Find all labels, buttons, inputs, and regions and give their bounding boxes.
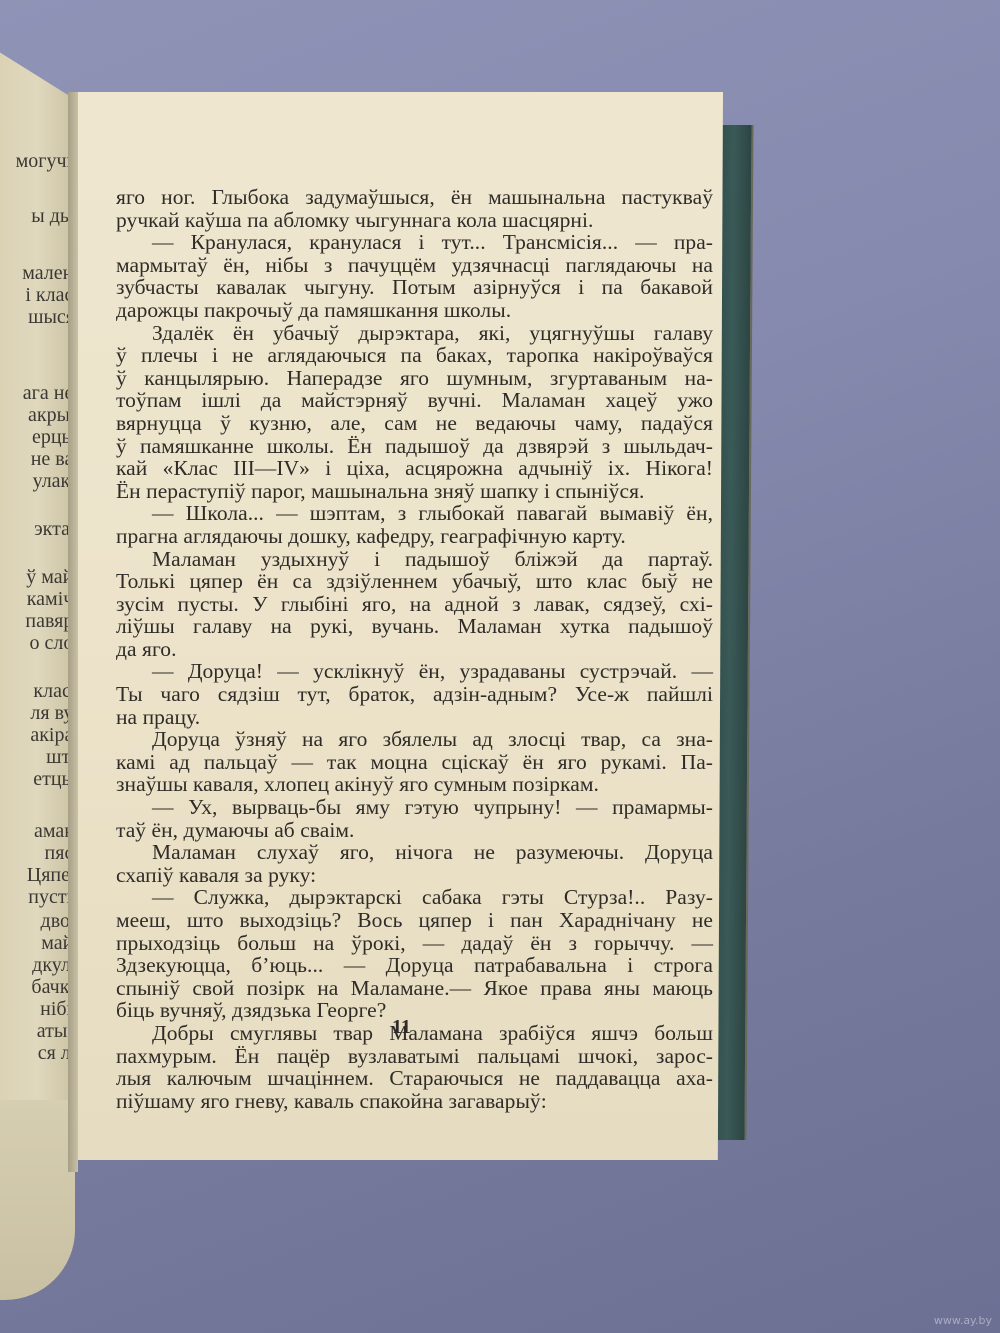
watermark: www.ay.by (934, 1314, 992, 1327)
text-line: на працу. (116, 706, 713, 729)
text-line: ручкай каўша па абломку чыгуннага кола ш… (116, 209, 713, 232)
text-line: Здзекуюцца, б’юць... — Доруца патрабавал… (116, 954, 713, 977)
text-line: знаўшы каваля, хлопец акінуў яго сумным … (116, 773, 713, 796)
text-line: мееш, што выходзіць? Вось цяпер і пан Ха… (116, 909, 713, 932)
text-line: лыя калючым шчаціннем. Стараючыся не пад… (116, 1067, 713, 1090)
text-line: Маламан уздыхнуў і падышоў бліжэй да пар… (116, 548, 713, 571)
text-line: прагна аглядаючы дошку, кафедру, геаграф… (116, 525, 713, 548)
text-line: Толькі цяпер ён са здзіўленнем убачыў, ш… (116, 570, 713, 593)
text-line: — Школа... — шэптам, з глыбокай павагай … (116, 502, 713, 525)
text-line: Ён пераступіў парог, машынальна зняў шап… (116, 480, 713, 503)
text-line: Маламан слухаў яго, нічога не разумеючы.… (116, 841, 713, 864)
text-line: Ты чаго сядзіш тут, браток, адзін-адным?… (116, 683, 713, 706)
text-line: — Ух, вырваць-бы яму гэтую чупрыну! — пр… (116, 796, 713, 819)
text-line: пахмурым. Ён пацёр вузлаватымі пальцамі … (116, 1045, 713, 1068)
text-line: ліўшы галаву на рукі, вучань. Маламан ху… (116, 615, 713, 638)
text-line: — Доруца! — усклікнуў ён, узрадаваны сус… (116, 660, 713, 683)
text-line: мармытаў ён, нібы з пачуццём удзячнасці … (116, 254, 713, 277)
page-body-text: яго ног. Глыбока задумаўшыся, ён машынал… (116, 186, 713, 1112)
text-line: зусім пусты. У глыбіні яго, на адной з л… (116, 593, 713, 616)
text-line: да яго. (116, 638, 713, 661)
text-line: камі ад пальцаў — так моцна сціскаў ён я… (116, 751, 713, 774)
text-line: — Служка, дырэктарскі сабака гэты Стурза… (116, 886, 713, 909)
text-line: Здалёк ён убачыў дырэктара, які, уцягнуў… (116, 322, 713, 345)
text-line: тоўпам ішлі да майстэрняў вучні. Маламан… (116, 389, 713, 412)
text-line: яго ног. Глыбока задумаўшыся, ён машынал… (116, 186, 713, 209)
text-line: дарожцы пакрочыў да памяшкання школы. (116, 299, 713, 322)
text-line: спыніў свой позірк на Маламане.— Якое пр… (116, 977, 713, 1000)
book-gutter (68, 92, 78, 1172)
text-line: піўшаму яго гневу, каваль спакойна загав… (116, 1090, 713, 1113)
text-line: Доруца ўзняў на яго збялелы ад злосці тв… (116, 728, 713, 751)
text-line: схапіў каваля за руку: (116, 864, 713, 887)
text-line: Добры смуглявы твар Маламана зрабіўся яш… (116, 1022, 713, 1045)
text-line: — Кранулася, кранулася і тут... Трансміс… (116, 231, 713, 254)
text-line: ў памяшканне школы. Ён падышоў да дзвярэ… (116, 435, 713, 458)
text-line: кай «Клас III—IV» і ціха, асцярожна адчы… (116, 457, 713, 480)
text-line: таў ён, думаючы аб сваім. (116, 819, 713, 842)
text-line: ў канцылярыю. Наперадзе яго шумным, згур… (116, 367, 713, 390)
text-line: зубчасты кавалак чыгуну. Потым азірнуўся… (116, 276, 713, 299)
text-line: ў плечы і не аглядаючыся па баках, тароп… (116, 344, 713, 367)
text-line: вярнуцца ў кузню, але, сам не ведаючы ча… (116, 412, 713, 435)
page-number: 11 (392, 1016, 411, 1039)
text-line: прыходзіць больш на ўрокі, — дадаў ён з … (116, 932, 713, 955)
text-line: біць вучняў, дзядзька Георге? (116, 999, 713, 1022)
